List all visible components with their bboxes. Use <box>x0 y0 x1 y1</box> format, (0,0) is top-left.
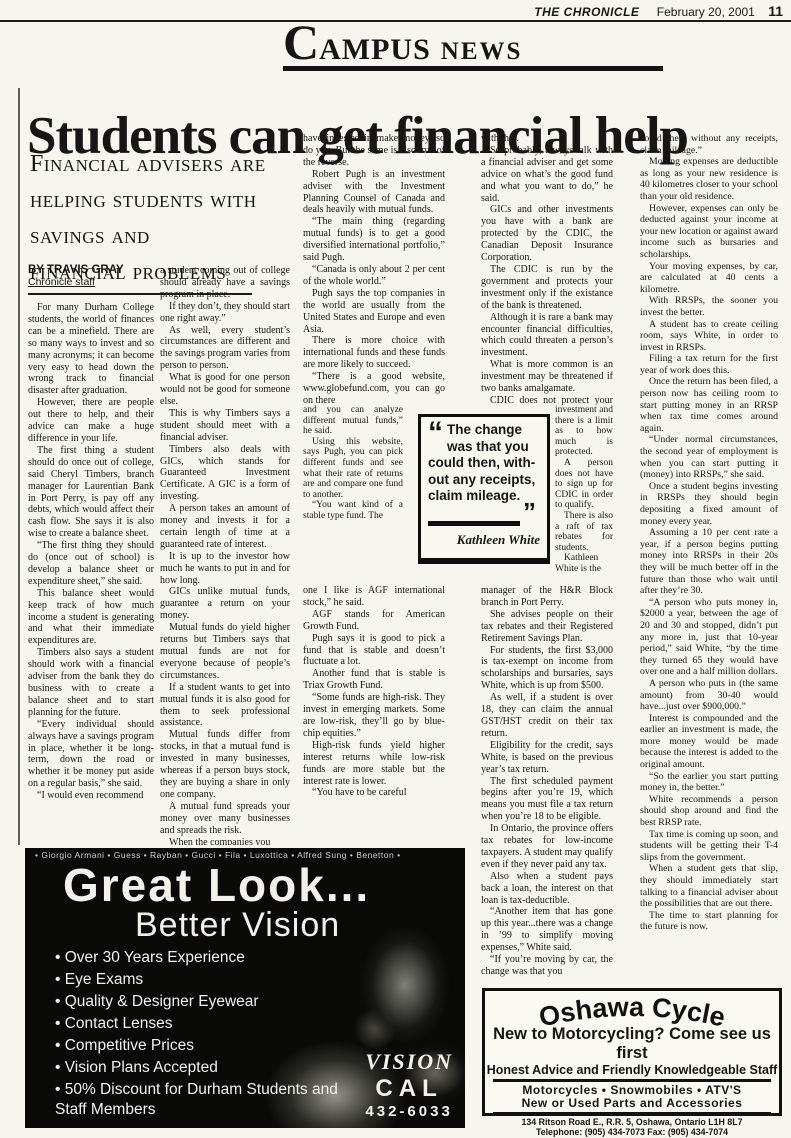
article-column-1: For many Durham College students, the wo… <box>28 302 154 845</box>
article-paragraph: A person takes an amount of money and in… <box>160 503 290 551</box>
article-paragraph: However, expenses can only be deducted a… <box>640 203 778 261</box>
pull-quote-line: could then, with- <box>428 455 540 472</box>
pull-quote-line: The change <box>428 422 540 439</box>
deck-line: helping students with <box>30 182 310 218</box>
article-paragraph: A person does not have to sign up for CD… <box>555 458 613 511</box>
article-paragraph: The CDIC is run by the government and pr… <box>481 264 613 312</box>
article-paragraph: CDIC does not protect your actual <box>481 395 613 405</box>
article-column-5: could then, without any receipts, claim … <box>640 133 778 978</box>
column-4-bottom: manager of the H&R Block branch in Port … <box>481 585 613 978</box>
article-paragraph: “A person who puts money in, $2000 a yea… <box>640 597 778 678</box>
ad-bullet-list: • Over 30 Years Experience• Eye Exams• Q… <box>55 948 355 1122</box>
paper-header: THE CHRONICLE February 20, 2001 11 <box>534 3 783 19</box>
pull-quote-line: was that you <box>428 439 540 456</box>
article-paragraph: The time to start planning for the futur… <box>640 910 778 933</box>
article-paragraph: “If you’re moving by car, the change was… <box>481 954 613 978</box>
oshawa-address: 134 Ritson Road E., R.R. 5, Oshawa, Onta… <box>485 1117 779 1127</box>
oshawa-products-line2: New or Used Parts and Accessories <box>485 1097 779 1110</box>
article-paragraph: What is good for one person would not be… <box>160 372 290 408</box>
ad-bullet: • Vision Plans Accepted <box>55 1058 355 1078</box>
article-paragraph: GICs and other investments you have with… <box>481 204 613 264</box>
article-paragraph: This balance sheet would keep track of h… <box>28 588 154 648</box>
article-paragraph: “The first thing they should do (once ou… <box>28 540 154 588</box>
section-underline <box>283 66 663 71</box>
column-3-top: have invested in make money, so do you. … <box>303 133 445 405</box>
oshawa-rule <box>493 1112 771 1115</box>
article-paragraph: Once the return has been filed, a person… <box>640 376 778 434</box>
article-paragraph: As well, if a student is over 18, they c… <box>481 692 613 740</box>
issue-date: February 20, 2001 <box>657 5 755 19</box>
ad-bullet: • Contact Lenses <box>55 1014 355 1034</box>
vision-phone: 432-6033 <box>365 1103 453 1120</box>
article-paragraph: “I would even recommend <box>28 790 154 802</box>
deck-line: Financial advisers are <box>30 146 310 182</box>
vision-logo-line2: CAL <box>365 1075 453 1103</box>
article-paragraph: Assuming a 10 per cent rate a year, if a… <box>640 527 778 597</box>
article-paragraph: “Another item that has gone up this year… <box>481 906 613 954</box>
section-word: NEWS <box>441 38 523 65</box>
article-paragraph: Your moving expenses, by car, are calcul… <box>640 261 778 296</box>
open-quote-mark: “ <box>428 422 443 444</box>
article-paragraph: The first scheduled payment begins after… <box>481 776 613 824</box>
oshawa-subline: Honest Advice and Friendly Knowledgeable… <box>485 1063 779 1077</box>
article-paragraph: GICs unlike mutual funds, guarantee a re… <box>160 586 290 622</box>
article-paragraph: Filing a tax return for the first year o… <box>640 353 778 376</box>
article-paragraph: If a student wants to get into mutual fu… <box>160 682 290 730</box>
article-paragraph: Timbers also says a student should work … <box>28 647 154 718</box>
article-paragraph: There is also a raft of tax rebates for … <box>555 511 613 553</box>
article-paragraph: “Every individual should always have a s… <box>28 719 154 790</box>
section-initial: C <box>283 14 319 70</box>
oshawa-rule <box>493 1079 771 1082</box>
article-paragraph: Pugh says it is good to pick a fund that… <box>303 633 445 669</box>
article-paragraph: Another fund that is stable is Triax Gro… <box>303 668 445 692</box>
article-paragraph: There is more choice with international … <box>303 335 445 371</box>
article-paragraph: Interest is compounded and the earlier a… <box>640 713 778 771</box>
ad-bullet: • Quality & Designer Eyewear <box>55 992 355 1012</box>
article-paragraph: one I like is AGF international stock,” … <box>303 585 445 609</box>
article-paragraph: High-risk funds yield higher interest re… <box>303 740 445 788</box>
article-paragraph: “The main thing (regarding mutual funds)… <box>303 216 445 264</box>
column-4-top: with that.So probably, always talk with … <box>481 133 613 405</box>
article-paragraph: A mutual fund spreads your money over ma… <box>160 801 290 837</box>
article-paragraph: So probably, always talk with a financia… <box>481 145 613 205</box>
section-name: AMPUS <box>319 33 431 66</box>
ad-bullet: • 50% Discount for Durham Students and S… <box>55 1080 355 1120</box>
article-paragraph: “Under normal circumstances, the second … <box>640 434 778 480</box>
paper-name: THE CHRONICLE <box>534 5 639 19</box>
vision-logo: VISION CAL 432-6033 <box>365 1049 453 1120</box>
article-paragraph: For many Durham College students, the wo… <box>28 302 154 397</box>
article-paragraph: “Some funds are high-risk. They invest i… <box>303 692 445 740</box>
ad-bullet: • Over 30 Years Experience <box>55 948 355 968</box>
article-paragraph: Mutual funds do yield higher returns but… <box>160 622 290 682</box>
ad-bullet: • Competitive Prices <box>55 1036 355 1056</box>
article-paragraph: For students, the first $3,000 is tax-ex… <box>481 645 613 693</box>
article-paragraph: Pugh says the top companies in the world… <box>303 288 445 336</box>
pull-quote-text: The change was that you could then, with… <box>428 422 540 505</box>
article-paragraph: Moving expenses are deductible as long a… <box>640 156 778 202</box>
article-column-2: a student coming out of college should a… <box>160 265 290 845</box>
article-paragraph: could then, without any receipts, claim … <box>640 133 778 156</box>
oshawa-phone: Telephone: (905) 434-7073 Fax: (905) 434… <box>485 1127 779 1137</box>
article-paragraph: and you can analyze different mutual fun… <box>303 405 403 437</box>
article-paragraph: However, there are people out there to h… <box>28 397 154 445</box>
vision-logo-line1: VISION <box>365 1049 453 1075</box>
ad-bullet: • Eye Exams <box>55 970 355 990</box>
article-paragraph: AGF stands for American Growth Fund. <box>303 609 445 633</box>
pull-quote-line: out any receipts, <box>428 472 540 489</box>
article-paragraph: A student has to create ceiling room, sa… <box>640 319 778 354</box>
article-paragraph: Eligibility for the credit, says White, … <box>481 740 613 776</box>
article-paragraph: What is more common is an investment may… <box>481 359 613 395</box>
article-paragraph: It is up to the investor how much he wan… <box>160 551 290 587</box>
article-paragraph: When a student gets that slip, they shou… <box>640 863 778 909</box>
article-paragraph: White recommends a person should shop ar… <box>640 794 778 829</box>
article-paragraph: Tax time is coming up soon, and students… <box>640 829 778 864</box>
article-paragraph: have invested in make money, so do you. … <box>303 133 445 169</box>
oshawa-tagline: New to Motorcycling? Come see us first <box>485 1025 779 1063</box>
left-column-rule <box>18 88 20 845</box>
article-paragraph: investment and there is a limit as to ho… <box>555 405 613 458</box>
article-paragraph: This is why Timbers says a student shoul… <box>160 408 290 444</box>
article-paragraph: Although it is rare a bank may encounter… <box>481 312 613 360</box>
ad-title-line1: Great Look... <box>63 858 370 912</box>
pull-quote-bar <box>428 521 520 526</box>
article-paragraph: If they don’t, they should start one rig… <box>160 301 290 325</box>
oshawa-cycle-ad: Oshawa Cycle New to Motorcycling? Come s… <box>482 988 782 1116</box>
article-paragraph: When the companies you <box>160 837 290 846</box>
article-paragraph: Using this website, says Pugh, you can p… <box>303 437 403 501</box>
pull-quote-attribution: Kathleen White <box>428 532 540 548</box>
vision-care-ad: • Giorgio Armani • Guess • Rayban • Gucc… <box>25 848 465 1128</box>
page-number: 11 <box>768 3 783 19</box>
section-masthead: CAMPUSNEWS <box>283 22 522 67</box>
article-paragraph: “So the earlier you start putting money … <box>640 771 778 794</box>
article-paragraph: “There is a good website, www.globefund.… <box>303 371 445 405</box>
article-paragraph: Also when a student pays back a loan, th… <box>481 871 613 907</box>
article-paragraph: “You have to be careful <box>303 787 445 799</box>
article-paragraph: Once a student begins investing in RRSPs… <box>640 481 778 527</box>
column-3-bottom: one I like is AGF international stock,” … <box>303 585 445 799</box>
deck-line: savings and <box>30 218 310 254</box>
article-paragraph: “You want kind of a stable type fund. Th… <box>303 500 403 521</box>
article-paragraph: The first thing a student should do once… <box>28 445 154 540</box>
article-paragraph: “Canada is only about 2 per cent of the … <box>303 264 445 288</box>
article-paragraph: with that. <box>481 133 613 145</box>
column-4-beside-quote: investment and there is a limit as to ho… <box>555 405 613 585</box>
article-paragraph: a student coming out of college should a… <box>160 265 290 301</box>
article-paragraph: Mutual funds differ from stocks, in that… <box>160 729 290 800</box>
article-paragraph: A person who puts in (the same amount) f… <box>640 678 778 713</box>
newspaper-page: THE CHRONICLE February 20, 2001 11 CAMPU… <box>0 0 791 1138</box>
pull-quote: “ The change was that you could then, wi… <box>418 414 550 564</box>
article-paragraph: manager of the H&R Block branch in Port … <box>481 585 613 609</box>
article-paragraph: In Ontario, the province offers tax reba… <box>481 823 613 871</box>
column-3-beside-quote: and you can analyze different mutual fun… <box>303 405 403 585</box>
article-paragraph: She advises people on their tax rebates … <box>481 609 613 645</box>
close-quote-mark: ” <box>428 507 536 517</box>
article-paragraph: Robert Pugh is an investment adviser wit… <box>303 169 445 217</box>
article-paragraph: With RRSPs, the sooner you invest the be… <box>640 295 778 318</box>
article-paragraph: Kathleen White is the <box>555 553 613 574</box>
article-paragraph: Timbers also deals with GICs, which stan… <box>160 444 290 504</box>
article-paragraph: As well, every student’s circumstances a… <box>160 325 290 373</box>
